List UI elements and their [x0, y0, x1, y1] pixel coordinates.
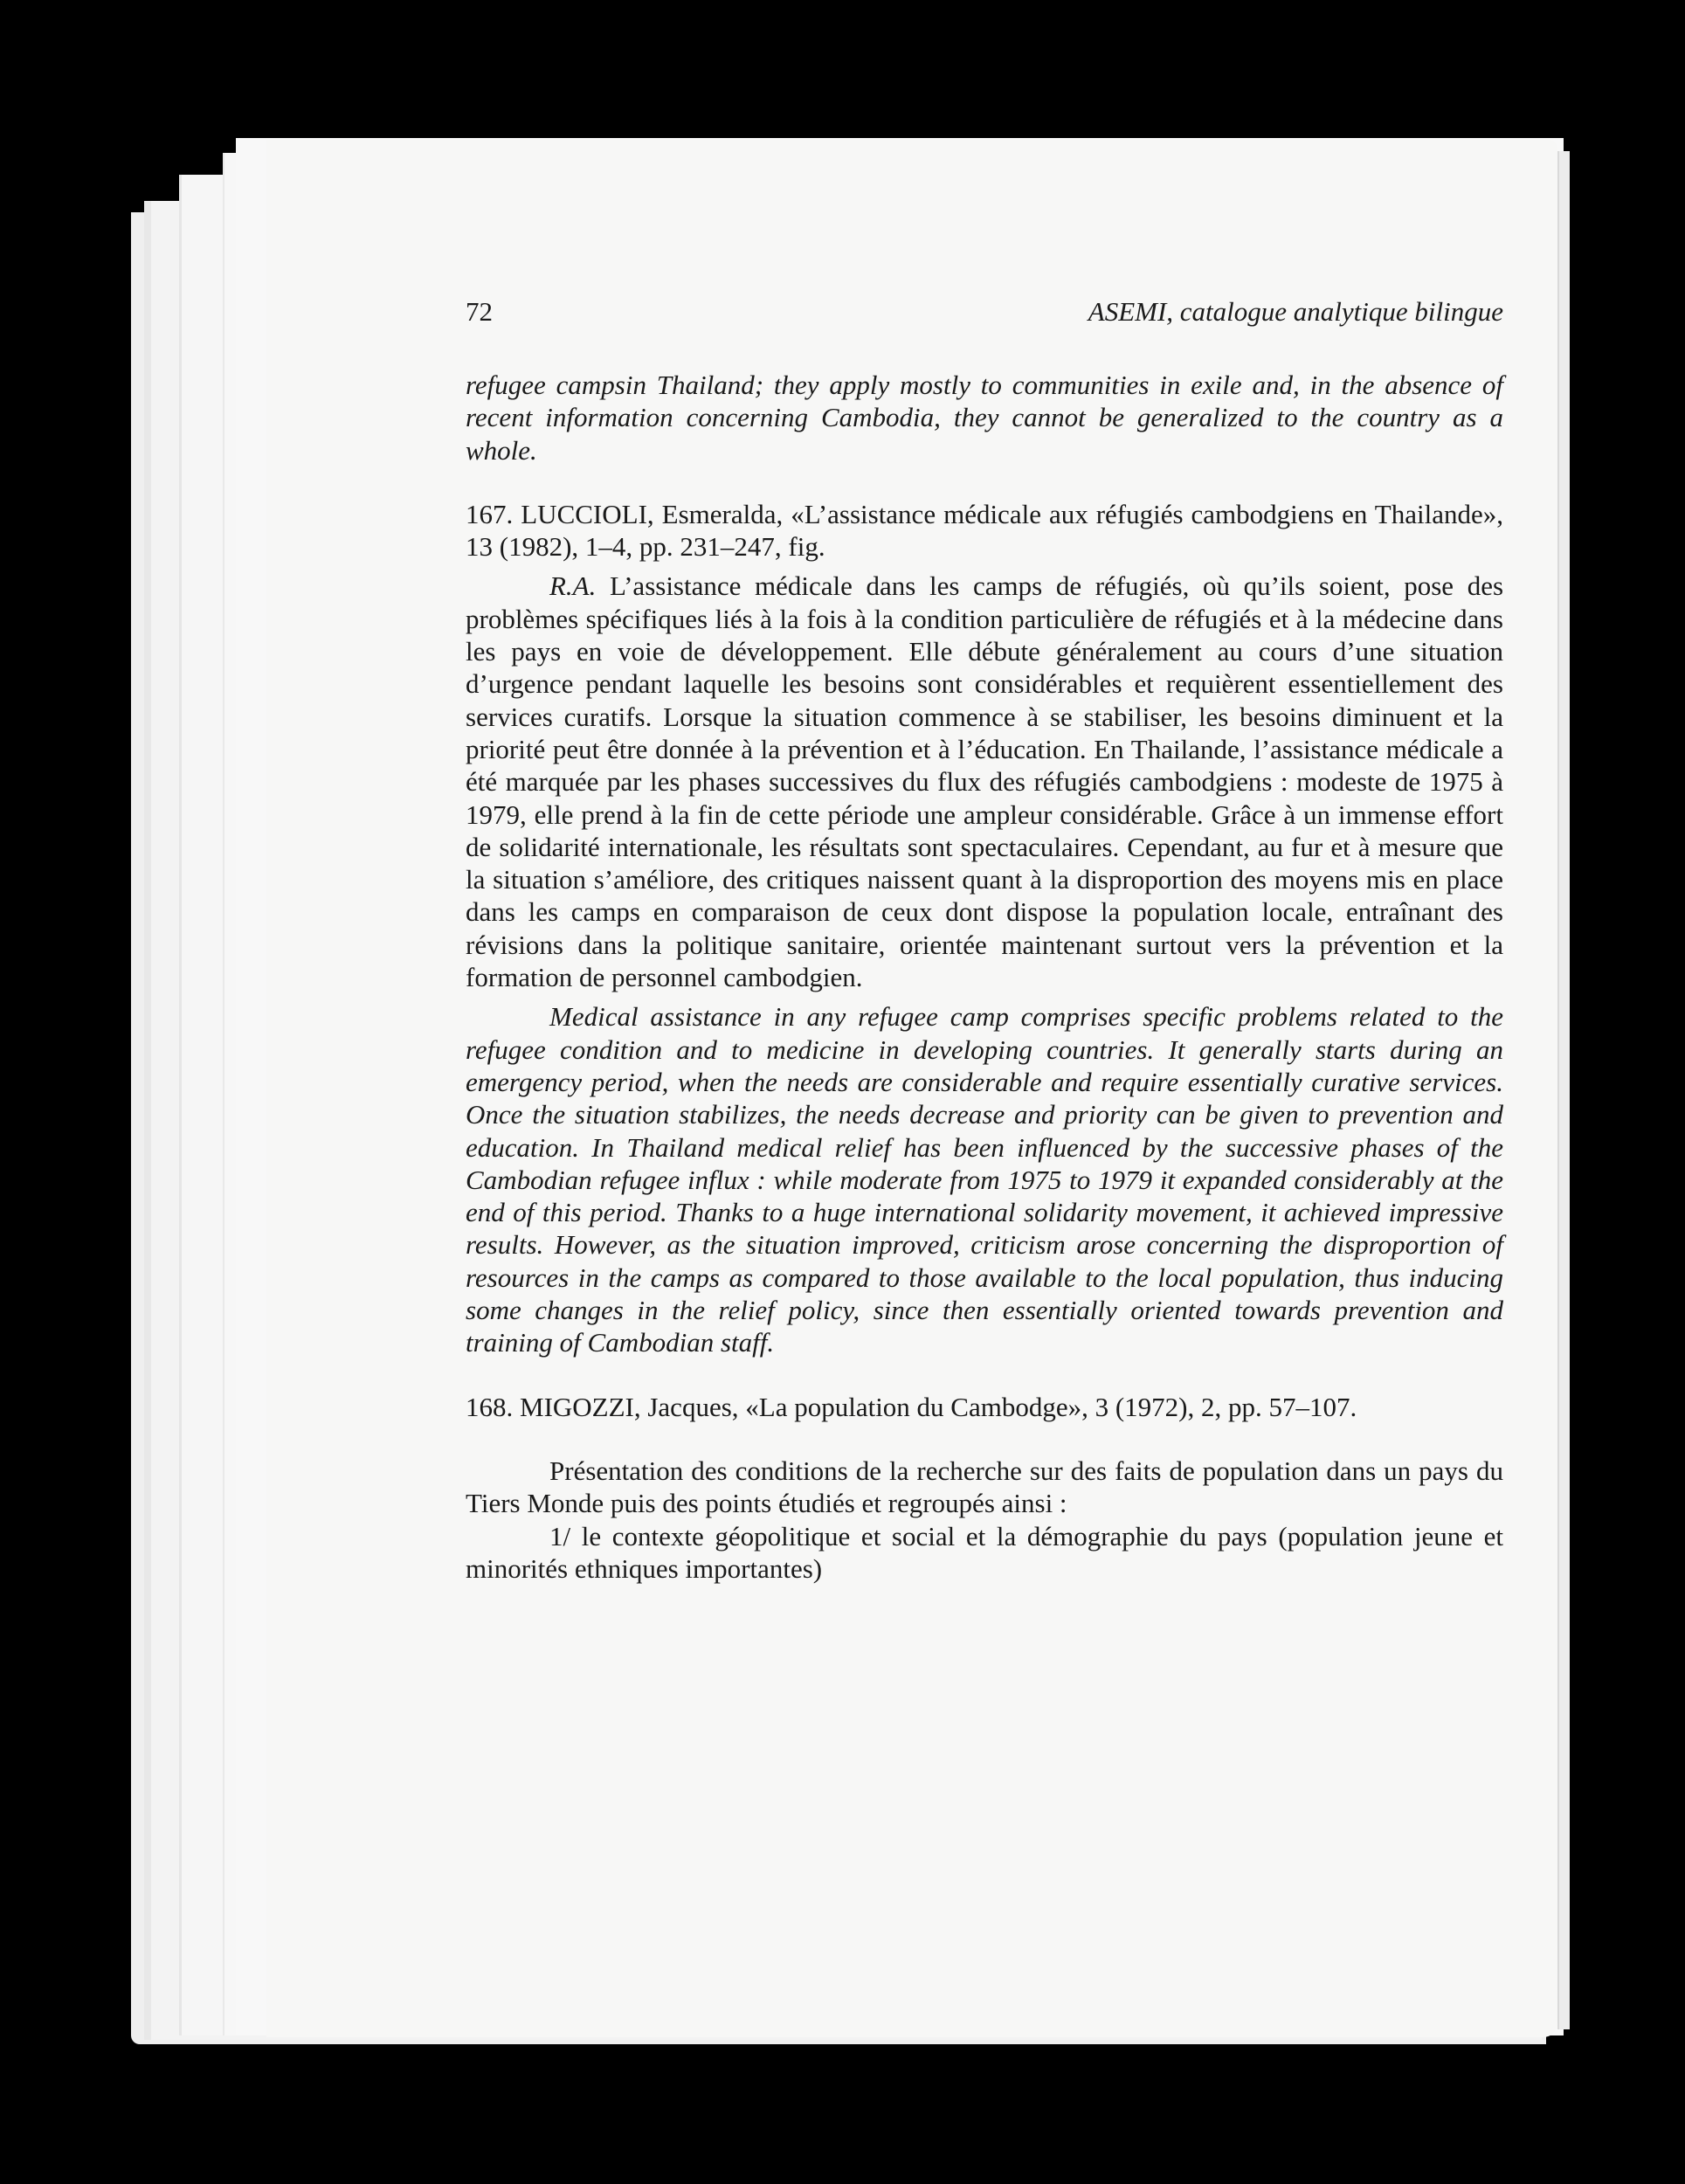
entry-168-item-1: 1/ le contexte géopolitique et social et…: [466, 1520, 1503, 1586]
entry-167-abstract-en: Medical assistance in any refugee camp c…: [466, 1000, 1503, 1358]
entry-168-intro: Présentation des conditions de la recher…: [466, 1455, 1503, 1520]
entry-167-abstract-fr: R.A. L’assistance médicale dans les camp…: [466, 570, 1503, 993]
entry-167-citation: 167. LUCCIOLI, Esmeralda, «L’assistance …: [466, 498, 1503, 563]
page-fore-edge: [1557, 151, 1570, 2029]
running-title: ASEMI, catalogue analytique bilingue: [1088, 295, 1503, 328]
entry-168-citation: 168. MIGOZZI, Jacques, «La population du…: [466, 1391, 1503, 1423]
page-number: 72: [466, 295, 493, 328]
abstract-fr-text: L’assistance médicale dans les camps de …: [466, 570, 1503, 992]
continuation-paragraph: refugee campsin Thailand; they apply mos…: [466, 369, 1503, 467]
running-header: 72 ASEMI, catalogue analytique bilingue: [466, 295, 1503, 335]
page-content: 72 ASEMI, catalogue analytique bilingue …: [466, 295, 1503, 1585]
abstract-label: R.A.: [549, 570, 596, 601]
